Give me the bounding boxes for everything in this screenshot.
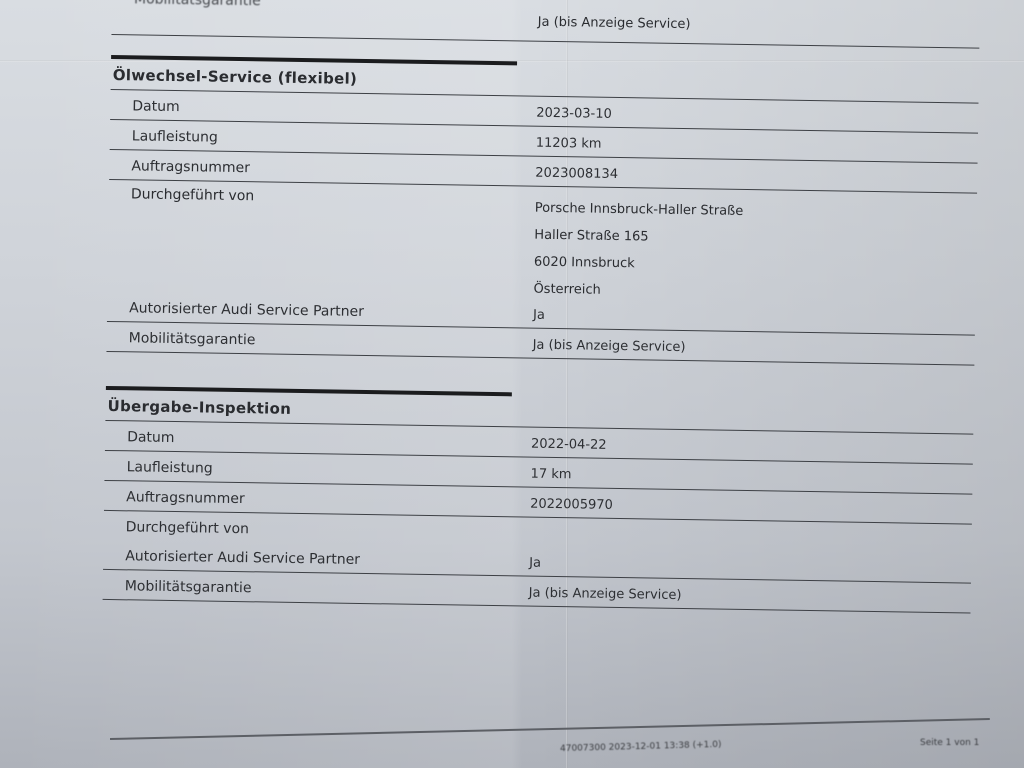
row-label: Datum	[127, 429, 175, 446]
dealer-city: 6020 Innsbruck	[534, 249, 743, 279]
dealer-street: Haller Straße 165	[534, 222, 743, 252]
row-value: Ja	[529, 556, 541, 571]
row-label: Auftragsnummer	[131, 158, 250, 176]
row-value: Ja	[533, 308, 545, 323]
row-label: Datum	[132, 98, 180, 115]
row-label: Mobilitätsgarantie	[134, 0, 261, 9]
row-label: Durchgeführt von	[131, 186, 255, 204]
row-label: Auftragsnummer	[126, 489, 245, 507]
row-label: Laufleistung	[127, 459, 213, 476]
row-value: Ja (bis Anzeige Service)	[529, 586, 682, 603]
row-label: Mobilitätsgarantie	[129, 330, 256, 348]
row-value: 2022005970	[530, 497, 613, 513]
footer-print-meta: 47007300 2023-12-01 13:38 (+1.0)	[560, 740, 722, 754]
section-title-text: Übergabe-Inspektion	[107, 397, 291, 418]
row-performed-by: Durchgeführt von Porsche Innsbruck-Halle…	[107, 180, 977, 306]
service-history: Mobilitätsgarantie Ja (bis Anzeige Servi…	[103, 0, 980, 614]
dealer-name: Porsche Innsbruck-Haller Straße	[535, 195, 744, 225]
footer-rule	[110, 718, 990, 740]
row-label: Autorisierter Audi Service Partner	[125, 548, 360, 568]
row-value: Ja (bis Anzeige Service)	[533, 338, 686, 355]
row-value: 2023-03-10	[536, 106, 612, 122]
row-label: Durchgeführt von	[126, 519, 250, 537]
row-value: 17 km	[530, 467, 571, 483]
row-value: 2022-04-22	[531, 437, 607, 453]
row-label: Autorisierter Audi Service Partner	[129, 300, 364, 320]
row-value: Ja (bis Anzeige Service)	[538, 15, 691, 32]
section-oil-change-service: Ölwechsel-Service (flexibel) Datum 2023-…	[106, 55, 979, 366]
footer-page-number: Seite 1 von 1	[920, 738, 979, 748]
row-label: Mobilitätsgarantie	[125, 578, 252, 596]
row-value: 11203 km	[536, 136, 602, 152]
dealer-address: Porsche Innsbruck-Haller Straße Haller S…	[533, 195, 743, 306]
row-label: Laufleistung	[132, 128, 218, 145]
section-title-text: Ölwechsel-Service (flexibel)	[113, 66, 358, 88]
document-page: Mobilitätsgarantie Ja (bis Anzeige Servi…	[0, 0, 1024, 768]
section-handover-inspection: Übergabe-Inspektion Datum 2022-04-22 Lau…	[103, 386, 974, 614]
row-value: 2023008134	[535, 166, 618, 182]
